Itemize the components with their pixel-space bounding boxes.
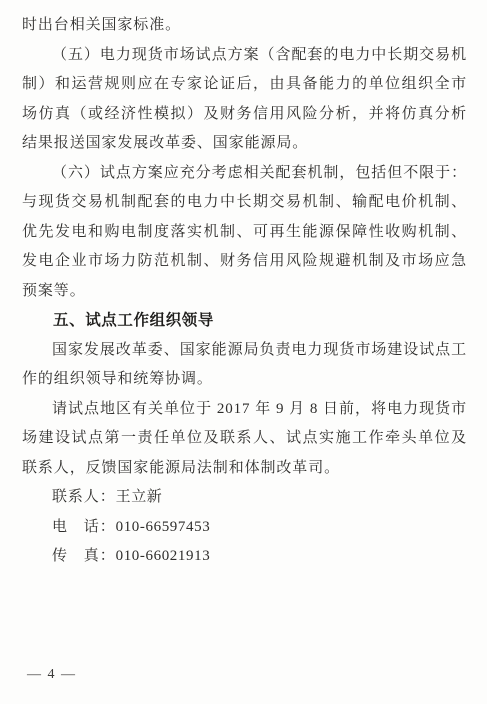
contact-phone-value: 010-66597453 <box>116 519 211 535</box>
page-number: — 4 — <box>27 667 77 682</box>
paragraph-deadline: 请试点地区有关单位于 2017 年 9 月 8 日前，将电力现货市场建设试点第一… <box>22 395 467 484</box>
contact-phone-line: 电 话：010-66597453 <box>22 513 467 543</box>
contact-phone-label: 电 话： <box>52 519 116 535</box>
paragraph-continuation: 时出台相关国家标准。 <box>22 11 467 41</box>
page-footer: — 4 — <box>27 667 77 683</box>
contact-fax-line: 传 真：010-66021913 <box>22 542 467 572</box>
document-page: 时出台相关国家标准。 （五）电力现货市场试点方案（含配套的电力中长期交易机制）和… <box>0 0 487 704</box>
contact-name-value: 王立新 <box>116 489 163 505</box>
section-heading-pilot-work-leadership: 五、试点工作组织领导 <box>22 306 467 336</box>
paragraph-item-5: （五）电力现货市场试点方案（含配套的电力中长期交易机制）和运营规则应在专家论证后… <box>22 41 467 159</box>
contact-fax-value: 010-66021913 <box>116 548 211 564</box>
document-body: 时出台相关国家标准。 （五）电力现货市场试点方案（含配套的电力中长期交易机制）和… <box>22 11 467 572</box>
contact-fax-label: 传 真： <box>52 548 116 564</box>
paragraph-leadership: 国家发展改革委、国家能源局负责电力现货市场建设试点工作的组织领导和统筹协调。 <box>22 336 467 395</box>
contact-name-label: 联系人： <box>52 489 116 505</box>
paragraph-item-6: （六）试点方案应充分考虑相关配套机制，包括但不限于：与现货交易机制配套的电力中长… <box>22 159 467 307</box>
contact-name-line: 联系人：王立新 <box>22 483 467 513</box>
